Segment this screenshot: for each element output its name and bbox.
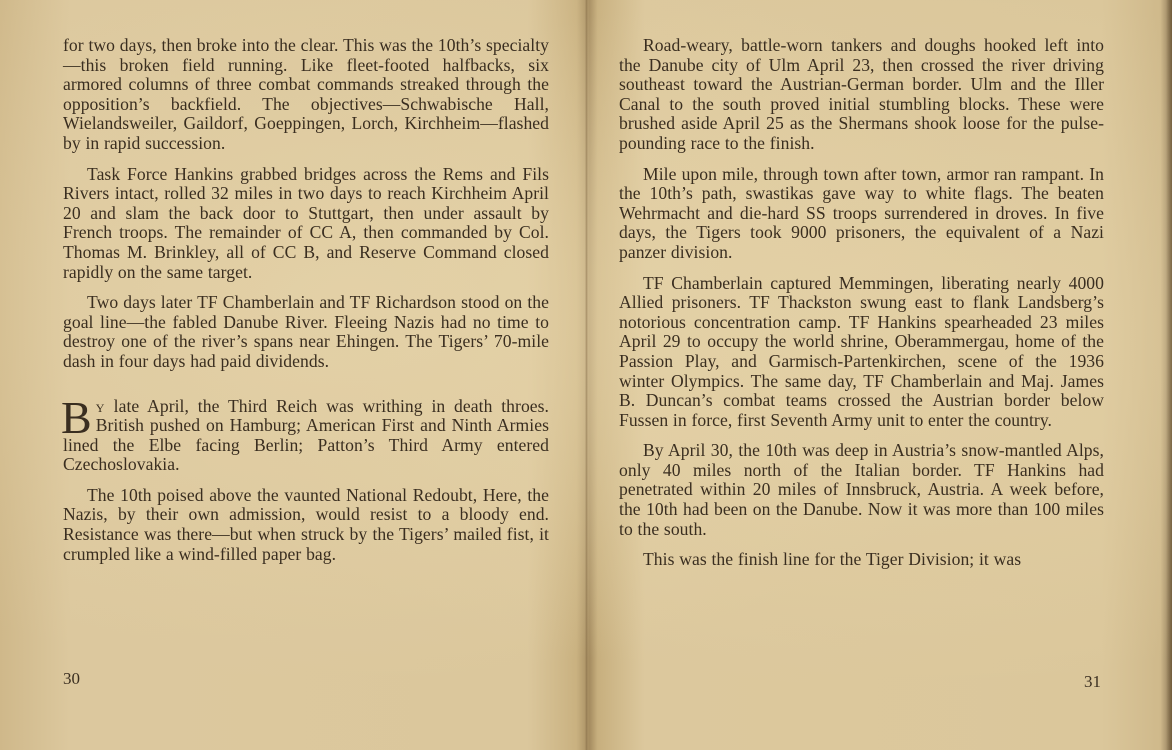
- book-gutter: [585, 0, 588, 750]
- paragraph: The 10th poised above the vaunted Nation…: [63, 486, 549, 564]
- left-page: for two days, then broke into the clear.…: [63, 36, 549, 564]
- paragraph-text: late April, the Third Reich was writhing…: [63, 396, 549, 475]
- drop-cap-lead: y: [96, 396, 105, 416]
- paragraph: Mile upon mile, through town after town,…: [619, 165, 1104, 263]
- paragraph: Road-weary, battle-worn tankers and doug…: [619, 36, 1104, 154]
- drop-cap: B: [61, 400, 92, 436]
- paragraph: for two days, then broke into the clear.…: [63, 36, 549, 154]
- paragraph: By April 30, the 10th was deep in Austri…: [619, 441, 1104, 539]
- paragraph: Two days later TF Chamberlain and TF Ric…: [63, 293, 549, 371]
- page-number-left: 30: [63, 669, 80, 689]
- page-edge-shadow: [1166, 0, 1172, 750]
- paragraph: Task Force Hankins grabbed bridges acros…: [63, 165, 549, 283]
- right-page: Road-weary, battle-worn tankers and doug…: [619, 36, 1104, 570]
- paragraph: This was the finish line for the Tiger D…: [619, 550, 1104, 570]
- paragraph: TF Chamberlain captured Memmingen, liber…: [619, 274, 1104, 431]
- section-opening-paragraph: By late April, the Third Reich was writh…: [63, 397, 549, 475]
- page-number-right: 31: [1084, 672, 1101, 692]
